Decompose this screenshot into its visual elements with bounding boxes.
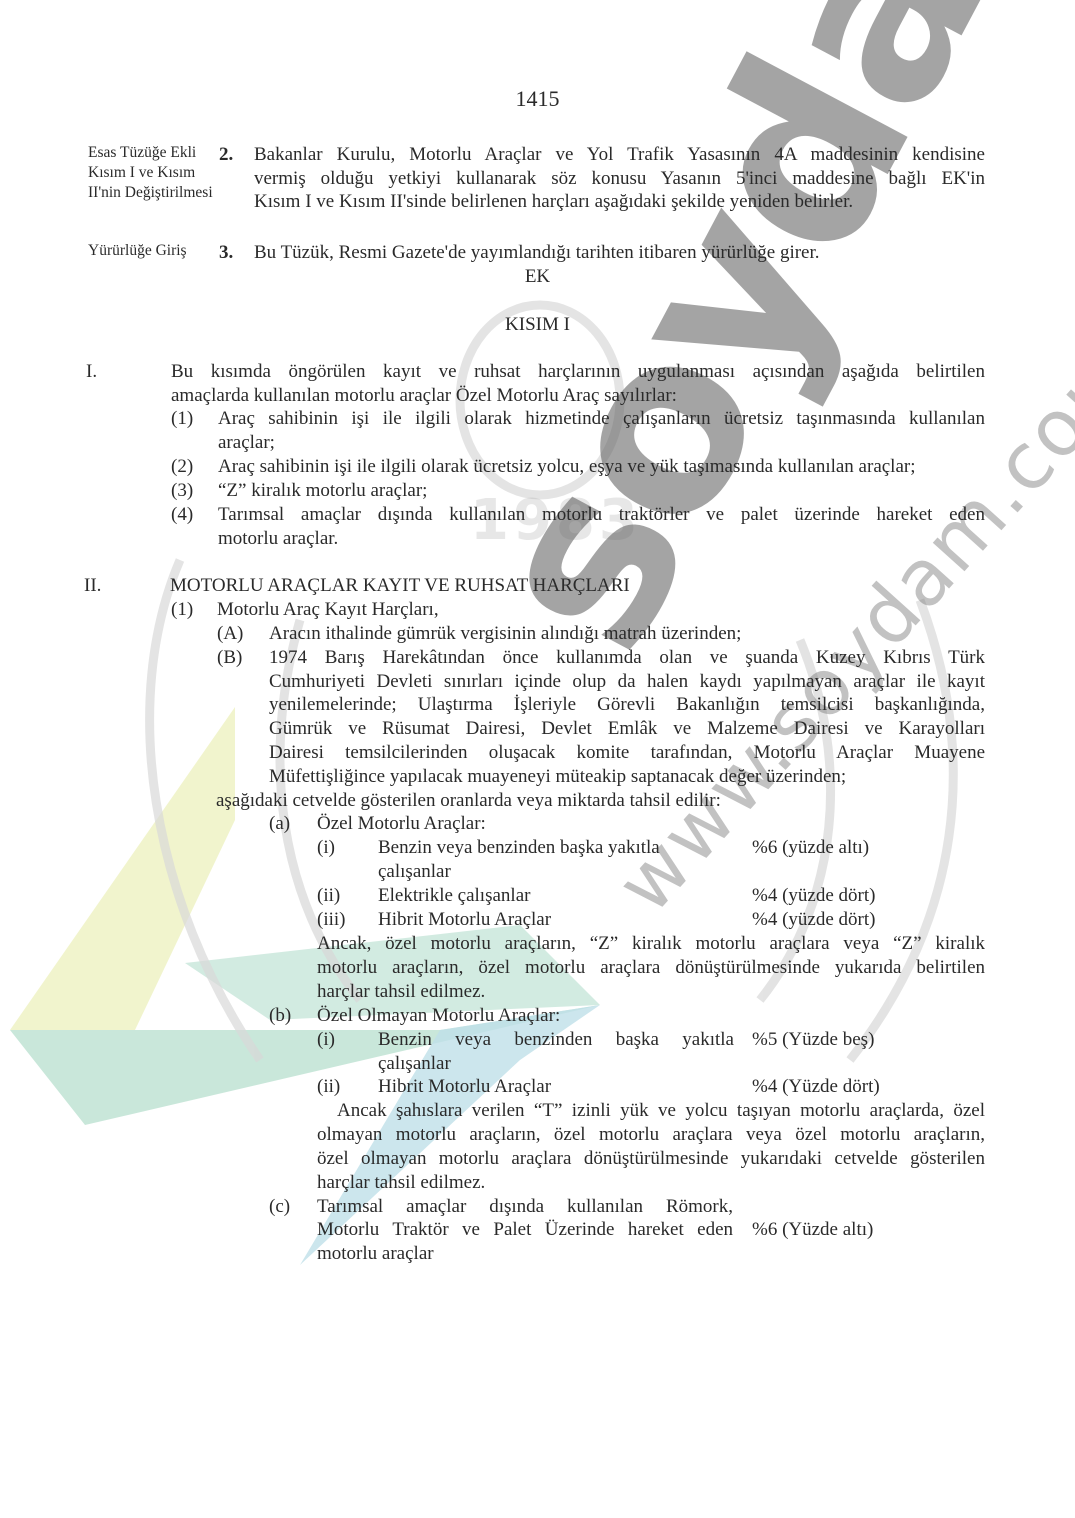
article-3-number: 3. xyxy=(219,241,233,265)
section-ii-label: II. xyxy=(84,574,101,598)
group-b-row-2-line-1: Hibrit Motorlu Araçlar xyxy=(378,1075,551,1099)
section-i-label: I. xyxy=(86,360,97,384)
group-a-row-2-label: (ii) xyxy=(317,884,340,908)
part-title: KISIM I xyxy=(0,313,1075,337)
article-3-line-1: Bu Tüzük, Resmi Gazete'de yayımlandığı t… xyxy=(254,241,820,265)
group-a-label: (a) xyxy=(269,812,290,836)
section-i-item-2-label: (2) xyxy=(171,455,193,479)
group-c-line-2: Motorlu Traktör ve Palet Üzerinde hareke… xyxy=(317,1218,733,1242)
group-a-note-line-1: Ancak, özel motorlu araçların, “Z” kiral… xyxy=(317,932,985,956)
margin-note-article-2: Esas Tüzüğe Ekli Kısım I ve Kısım II'nin… xyxy=(88,143,213,203)
article-2-number: 2. xyxy=(219,143,233,167)
subsection-1-title: Motorlu Araç Kayıt Harçları, xyxy=(217,598,439,622)
article-2-line-1: Bakanlar Kurulu, Motorlu Araçlar ve Yol … xyxy=(254,143,985,167)
group-a-row-3-rate: %4 (yüzde dört) xyxy=(752,908,875,932)
group-a-row-3-label: (iii) xyxy=(317,908,346,932)
group-a-row-1-rate: %6 (yüzde altı) xyxy=(752,836,869,860)
section-i-intro-line-1: Bu kısımda öngörülen kayıt ve ruhsat har… xyxy=(171,360,985,384)
group-b-title: Özel Olmayan Motorlu Araçlar: xyxy=(317,1004,560,1028)
group-b-row-2-label: (ii) xyxy=(317,1075,340,1099)
group-c-rate: %6 (Yüzde altı) xyxy=(752,1218,873,1242)
clause-b-line-3: yenilemelerinde; Ulaştırma İşleriyle Gör… xyxy=(269,693,985,717)
clause-b-line-4: Gümrük ve Rüsumat Dairesi, Devlet Emlâk … xyxy=(269,717,985,741)
group-a-title: Özel Motorlu Araçlar: xyxy=(317,812,486,836)
group-b-row-1-line-1: Benzin veya benzinden başka yakıtla xyxy=(378,1028,734,1052)
group-b-note-line-2: olmayan motorlu araçların, özel motorlu … xyxy=(317,1123,985,1147)
section-i-item-1-line-2: araçlar; xyxy=(218,431,275,455)
section-i-item-4-line-1: Tarımsal amaçlar dışında kullanılan moto… xyxy=(218,503,985,527)
group-b-note-line-1: Ancak şahıslara verilen “T” izinli yük v… xyxy=(337,1099,985,1123)
clause-b-label: (B) xyxy=(217,646,242,670)
collection-line: aşağıdaki cetvelde gösterilen oranlarda … xyxy=(216,789,721,813)
group-c-line-1: Tarımsal amaçlar dışında kullanılan Römo… xyxy=(317,1195,733,1219)
clause-b-line-6: Müfettişliğince yapılacak muayeneyi müte… xyxy=(269,765,846,789)
group-a-note-line-2: motorlu araçların, özel motorlu araçlara… xyxy=(317,956,985,980)
group-a-row-1-label: (i) xyxy=(317,836,335,860)
group-a-row-2-rate: %4 (yüzde dört) xyxy=(752,884,875,908)
group-a-row-1-line-2: çalışanlar xyxy=(378,860,451,884)
group-a-row-3-line-1: Hibrit Motorlu Araçlar xyxy=(378,908,551,932)
section-i-item-1-label: (1) xyxy=(171,407,193,431)
document-page: 1415 Esas Tüzüğe Ekli Kısım I ve Kısım I… xyxy=(0,0,1075,1518)
group-b-row-1-rate: %5 (Yüzde beş) xyxy=(752,1028,874,1052)
clause-a-text: Aracın ithalinde gümrük vergisinin alınd… xyxy=(269,622,741,646)
group-b-note-line-3: özel olmayan motorlu araçlara dönüştürül… xyxy=(317,1147,985,1171)
article-2-line-3: Kısım I ve Kısım II'sinde belirlenen har… xyxy=(254,190,853,214)
clause-b-line-5: Dairesi temsilcilerinden oluşacak komite… xyxy=(269,741,985,765)
page-number: 1415 xyxy=(0,86,1075,112)
section-i-intro-line-2: amaçlarda kullanılan motorlu araçlar Öze… xyxy=(171,384,677,408)
margin-note-article-3: Yürürlüğe Giriş xyxy=(88,241,228,261)
group-b-row-1-line-2: çalışanlar xyxy=(378,1052,451,1076)
section-i-item-4-line-2: motorlu araçlar. xyxy=(218,527,338,551)
group-b-row-2-rate: %4 (Yüzde dört) xyxy=(752,1075,880,1099)
group-b-row-1-label: (i) xyxy=(317,1028,335,1052)
article-2-line-2: vermiş olduğu yetkiyi kullanarak söz kon… xyxy=(254,167,985,191)
group-c-label: (c) xyxy=(269,1195,290,1219)
group-b-label: (b) xyxy=(269,1004,291,1028)
section-i-item-2-line-1: Araç sahibinin işi ile ilgili olarak ücr… xyxy=(218,455,916,479)
section-i-item-1-line-1: Araç sahibinin işi ile ilgili olarak hiz… xyxy=(218,407,985,431)
section-i-item-3-line-1: “Z” kiralık motorlu araçlar; xyxy=(218,479,427,503)
section-i-item-3-label: (3) xyxy=(171,479,193,503)
clause-b-line-1: 1974 Barış Harekâtından önce kullanımda … xyxy=(269,646,985,670)
subsection-1-label: (1) xyxy=(171,598,193,622)
group-a-note-line-3: harçlar tahsil edilmez. xyxy=(317,980,485,1004)
clause-a-label: (A) xyxy=(217,622,243,646)
section-i-item-4-label: (4) xyxy=(171,503,193,527)
section-ii-title: MOTORLU ARAÇLAR KAYIT VE RUHSAT HARÇLARI xyxy=(170,574,630,598)
group-a-row-1-line-1: Benzin veya benzinden başka yakıtla xyxy=(378,836,660,860)
annex-title: EK xyxy=(0,265,1075,289)
group-c-line-3: motorlu araçlar xyxy=(317,1242,434,1266)
group-b-note-line-4: harçlar tahsil edilmez. xyxy=(317,1171,485,1195)
group-a-row-2-line-1: Elektrikle çalışanlar xyxy=(378,884,530,908)
clause-b-line-2: Cumhuriyeti Devleti sınırları içinde olu… xyxy=(269,670,985,694)
